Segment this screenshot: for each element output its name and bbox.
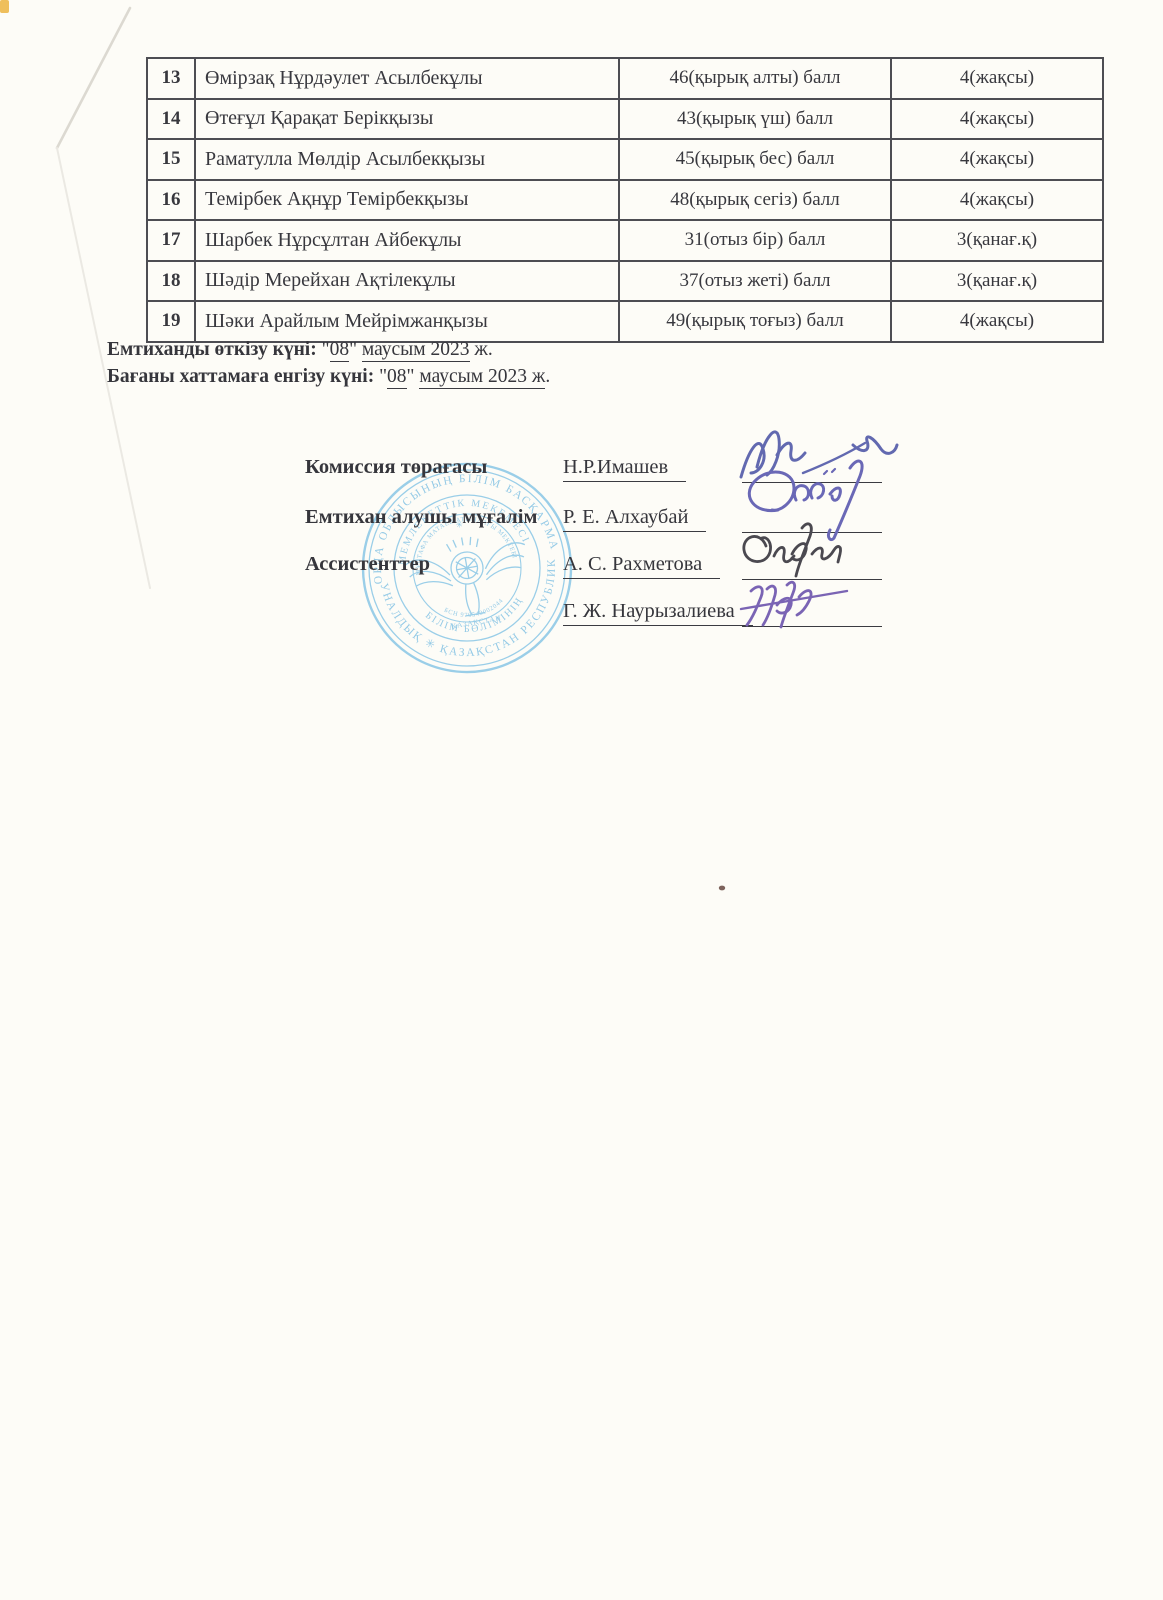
row-number: 18: [147, 261, 195, 302]
table-row: 15 Раматулла Мөлдір Асылбекқызы 45(қырық…: [147, 139, 1103, 180]
row-number: 13: [147, 58, 195, 99]
signature-row: Ассистенттер А. С. Рахметова: [0, 553, 1163, 583]
grade-cell: 4(жақсы): [891, 58, 1103, 99]
scanned-exam-protocol-page: ҚЫЗЫЛОРДА ОБЛЫСЫНЫҢ БІЛІМ БАСҚАРМАСЫНЫҢ …: [0, 0, 1163, 1600]
score-cell: 46(қырық алты) балл: [619, 58, 891, 99]
score-cell: 49(қырық тоғыз) балл: [619, 301, 891, 342]
row-number: 17: [147, 220, 195, 261]
grade-cell: 4(жақсы): [891, 99, 1103, 140]
table-row: 14 Өтеғұл Қарақат Берікқызы 43(қырық үш)…: [147, 99, 1103, 140]
signer-name: А. С. Рахметова: [563, 553, 720, 579]
student-name: Өмірзақ Нұрдәулет Асылбекұлы: [195, 58, 619, 99]
table-row: 13 Өмірзақ Нұрдәулет Асылбекұлы 46(қырық…: [147, 58, 1103, 99]
row-number: 16: [147, 180, 195, 221]
table-row: 16 Темірбек Ақнұр Темірбекқызы 48(қырық …: [147, 180, 1103, 221]
record-date-suffix: .: [545, 366, 550, 387]
signature-row: Емтихан алушы мұғалім Р. Е. Алхаубай: [0, 506, 1163, 536]
row-number: 15: [147, 139, 195, 180]
paper-crease-upper: [57, 8, 130, 148]
record-date-line: Бағаны хаттамаға енгізу күні: "08" маусы…: [107, 363, 550, 390]
quote-close: ": [407, 366, 415, 387]
student-name: Шәдір Мерейхан Ақтілекұлы: [195, 261, 619, 302]
score-cell: 37(отыз жеті) балл: [619, 261, 891, 302]
exam-date-label: Емтиханды өткізу күні:: [107, 339, 317, 360]
student-name: Темірбек Ақнұр Темірбекқызы: [195, 180, 619, 221]
signer-role: Ассистенттер: [305, 553, 430, 576]
signer-name: Р. Е. Алхаубай: [563, 506, 706, 532]
score-cell: 48(қырық сегіз) балл: [619, 180, 891, 221]
signature-line: [742, 506, 882, 533]
signature-row: Комиссия төрағасы Н.Р.Имашев: [0, 456, 1163, 486]
exam-date-month-year: маусым 2023: [362, 339, 470, 362]
record-date-label: Бағаны хаттамаға енгізу күні:: [107, 366, 374, 387]
signature-line: [742, 600, 882, 627]
exam-dates-block: Емтиханды өткізу күні: "08" маусым 2023 …: [107, 336, 550, 390]
table-row: 17 Шарбек Нұрсұлтан Айбекұлы 31(отыз бір…: [147, 220, 1103, 261]
grades-table: 13 Өмірзақ Нұрдәулет Асылбекұлы 46(қырық…: [146, 57, 1104, 343]
signer-name: Г. Ж. Наурызалиева: [563, 600, 753, 626]
exam-date-suffix: ж.: [470, 339, 493, 360]
signer-name: Н.Р.Имашев: [563, 456, 686, 482]
grade-cell: 3(қанағ.қ): [891, 261, 1103, 302]
signature-line: [742, 456, 882, 483]
score-cell: 31(отыз бір) балл: [619, 220, 891, 261]
score-cell: 45(қырық бес) балл: [619, 139, 891, 180]
exam-date-day: 08: [330, 339, 350, 362]
signature-line: [742, 553, 882, 580]
table-row: 18 Шәдір Мерейхан Ақтілекұлы 37(отыз жет…: [147, 261, 1103, 302]
corner-speck: [0, 0, 9, 13]
quote-close: ": [349, 339, 357, 360]
exam-date-line: Емтиханды өткізу күні: "08" маусым 2023 …: [107, 336, 550, 363]
signer-role: Комиссия төрағасы: [305, 456, 487, 479]
grade-cell: 4(жақсы): [891, 301, 1103, 342]
ink-dot-speck: [719, 886, 725, 891]
grade-cell: 4(жақсы): [891, 139, 1103, 180]
record-date-day: 08: [387, 366, 407, 389]
student-name: Шарбек Нұрсұлтан Айбекұлы: [195, 220, 619, 261]
score-cell: 43(қырық үш) балл: [619, 99, 891, 140]
quote-open: ": [322, 339, 330, 360]
student-name: Өтеғұл Қарақат Берікқызы: [195, 99, 619, 140]
student-name: Раматулла Мөлдір Асылбекқызы: [195, 139, 619, 180]
row-number: 14: [147, 99, 195, 140]
quote-open: ": [379, 366, 387, 387]
signer-role: Емтихан алушы мұғалім: [305, 506, 537, 529]
grade-cell: 3(қанағ.қ): [891, 220, 1103, 261]
signature-row: Г. Ж. Наурызалиева: [0, 600, 1163, 630]
record-date-month-year: маусым 2023 ж: [419, 366, 545, 389]
grade-cell: 4(жақсы): [891, 180, 1103, 221]
